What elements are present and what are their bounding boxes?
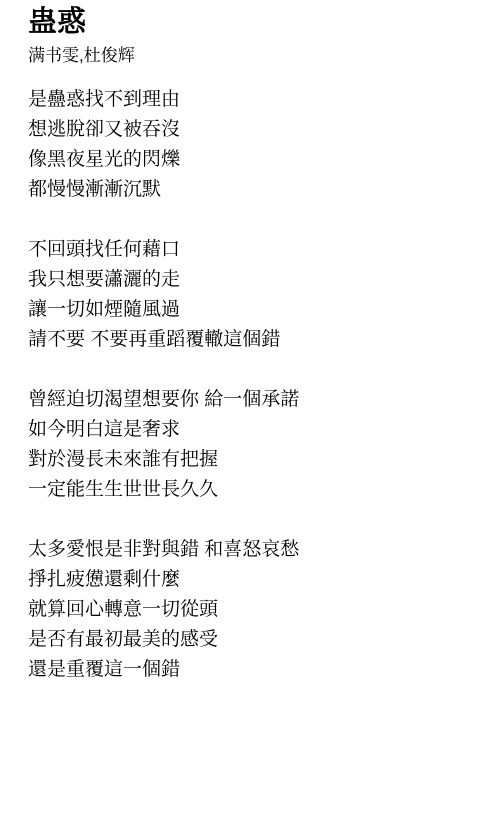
lyric-line: 是蠱惑找不到理由	[28, 85, 472, 115]
lyrics: 是蠱惑找不到理由想逃脫卻又被吞沒像黑夜星光的閃爍都慢慢漸漸沉默不回頭找任何藉口我…	[28, 85, 472, 685]
lyric-line: 請不要 不要再重蹈覆轍這個錯	[28, 325, 472, 355]
lyric-line: 掙扎疲憊還剩什麼	[28, 565, 472, 595]
song-title: 蛊惑	[28, 4, 472, 42]
lyric-line: 曾經迫切渴望想要你 給一個承諾	[28, 385, 472, 415]
lyric-line: 一定能生生世世長久久	[28, 475, 472, 505]
lyric-line: 讓一切如煙隨風過	[28, 295, 472, 325]
lyric-line: 不回頭找任何藉口	[28, 235, 472, 265]
lyric-line: 像黑夜星光的閃爍	[28, 145, 472, 175]
lyric-line: 想逃脫卻又被吞沒	[28, 115, 472, 145]
stanza: 太多愛恨是非對與錯 和喜怒哀愁掙扎疲憊還剩什麼就算回心轉意一切從頭是否有最初最美…	[28, 535, 472, 685]
lyric-line: 就算回心轉意一切從頭	[28, 595, 472, 625]
lyric-line: 我只想要瀟灑的走	[28, 265, 472, 295]
lyrics-page: 蛊惑 满书雯,杜俊辉 是蠱惑找不到理由想逃脫卻又被吞沒像黑夜星光的閃爍都慢慢漸漸…	[0, 0, 500, 820]
stanza: 曾經迫切渴望想要你 給一個承諾如今明白這是奢求對於漫長未來誰有把握一定能生生世世…	[28, 385, 472, 505]
lyric-line: 對於漫長未來誰有把握	[28, 445, 472, 475]
lyric-line: 還是重覆這一個錯	[28, 655, 472, 685]
lyric-line: 太多愛恨是非對與錯 和喜怒哀愁	[28, 535, 472, 565]
song-artists: 满书雯,杜俊辉	[28, 44, 472, 68]
lyric-line: 如今明白這是奢求	[28, 415, 472, 445]
lyric-line: 是否有最初最美的感受	[28, 625, 472, 655]
stanza: 是蠱惑找不到理由想逃脫卻又被吞沒像黑夜星光的閃爍都慢慢漸漸沉默	[28, 85, 472, 205]
stanza: 不回頭找任何藉口我只想要瀟灑的走讓一切如煙隨風過請不要 不要再重蹈覆轍這個錯	[28, 235, 472, 355]
lyric-line: 都慢慢漸漸沉默	[28, 175, 472, 205]
